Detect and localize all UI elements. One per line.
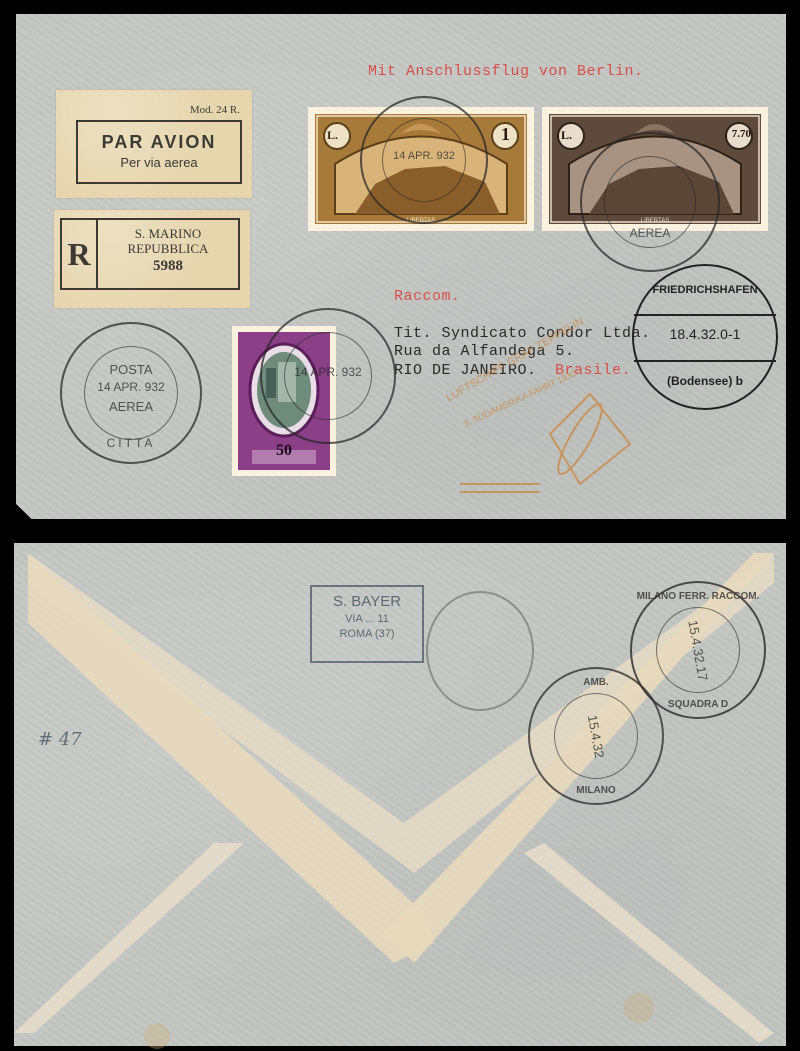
registration-text: S. MARINO REPUBBLICA 5988 xyxy=(98,226,238,274)
airmail-label-box: PAR AVION Per via aerea xyxy=(76,120,242,184)
postmark-center2: AEREA xyxy=(582,226,718,240)
postmark-center2: AEREA xyxy=(62,399,200,414)
postmark-milano-ambulante: AMB. 15.4.32 MILANO xyxy=(528,667,664,805)
registration-line1: S. MARINO xyxy=(98,226,238,241)
envelope-front: Mod. 24 R. PAR AVION Per via aerea R S. … xyxy=(16,14,786,519)
pencil-note: # 47 xyxy=(38,729,82,750)
postmark-san-marino-stamp: 14 APR. 932 xyxy=(260,308,396,444)
stamp2-currency: L. xyxy=(561,128,572,143)
postmark-fhafen-top: FRIEDRICHSHAFEN xyxy=(634,284,776,296)
registration-letter: R xyxy=(62,220,98,288)
typed-header: Mit Anschlussflug von Berlin. xyxy=(368,63,644,80)
zeppelin-icon xyxy=(450,374,640,504)
stamp1-currency: L. xyxy=(327,128,338,143)
postmark-date: 14 APR. 932 xyxy=(362,150,486,162)
stamp3-value: 50 xyxy=(238,442,330,460)
postmark-date: 14 APR. 932 xyxy=(262,365,394,379)
registration-line2: REPUBBLICA xyxy=(98,241,238,256)
postmark-san-marino-left: POSTA 14 APR. 932 AEREA CITTA xyxy=(60,322,202,464)
glue-spot xyxy=(144,1023,170,1049)
airmail-label-title: PAR AVION xyxy=(78,132,240,153)
registration-number: 5988 xyxy=(98,259,238,274)
postmark-bottom: CITTA xyxy=(62,436,200,450)
envelope-back: S. BAYER VIA ... 11 ROMA (37) MILANO FER… xyxy=(14,543,786,1046)
postmark-center1: POSTA xyxy=(62,362,200,377)
typed-registered: Raccom. xyxy=(394,288,461,305)
postmark-san-marino-airmail-2: AEREA xyxy=(580,132,720,272)
stamp2-value: 7.70 xyxy=(732,128,751,140)
zeppelin-flight-cachet: LUFTSCHIFF GRAF ZEPPELIN 3. SÜDAMERIKA F… xyxy=(450,374,640,504)
transit2-top: AMB. xyxy=(530,677,662,688)
address-line1: Tit. Syndicato Condor Ltda. xyxy=(394,325,651,343)
glue-spot xyxy=(624,993,654,1023)
postmark-faint-arrival xyxy=(426,591,534,711)
stamp1-value: 1 xyxy=(501,124,510,145)
sender-line2: VIA ... 11 xyxy=(312,613,422,625)
postmark-san-marino-airmail: 14 APR. 932 xyxy=(360,96,488,224)
transit1-top: MILANO FERR. RACCOM. xyxy=(632,591,764,602)
sender-line1: S. BAYER xyxy=(312,593,422,610)
airmail-label-model: Mod. 24 R. xyxy=(190,104,240,116)
sender-line3: ROMA (37) xyxy=(312,628,422,640)
sender-box-stamp: S. BAYER VIA ... 11 ROMA (37) xyxy=(310,585,424,663)
transit2-bottom: MILANO xyxy=(530,785,662,796)
postmark-friedrichshafen: FRIEDRICHSHAFEN 18.4.32.0-1 (Bodensee) b xyxy=(632,264,778,410)
registration-label-box: R S. MARINO REPUBBLICA 5988 xyxy=(60,218,240,290)
airmail-label: Mod. 24 R. PAR AVION Per via aerea xyxy=(56,90,252,198)
airmail-label-subtitle: Per via aerea xyxy=(78,155,240,170)
postmark-fhafen-date: 18.4.32.0-1 xyxy=(634,326,776,342)
postmark-fhafen-bottom: (Bodensee) b xyxy=(634,374,776,388)
registration-label: R S. MARINO REPUBBLICA 5988 xyxy=(54,210,250,308)
postmark-date: 14 APR. 932 xyxy=(62,380,200,394)
